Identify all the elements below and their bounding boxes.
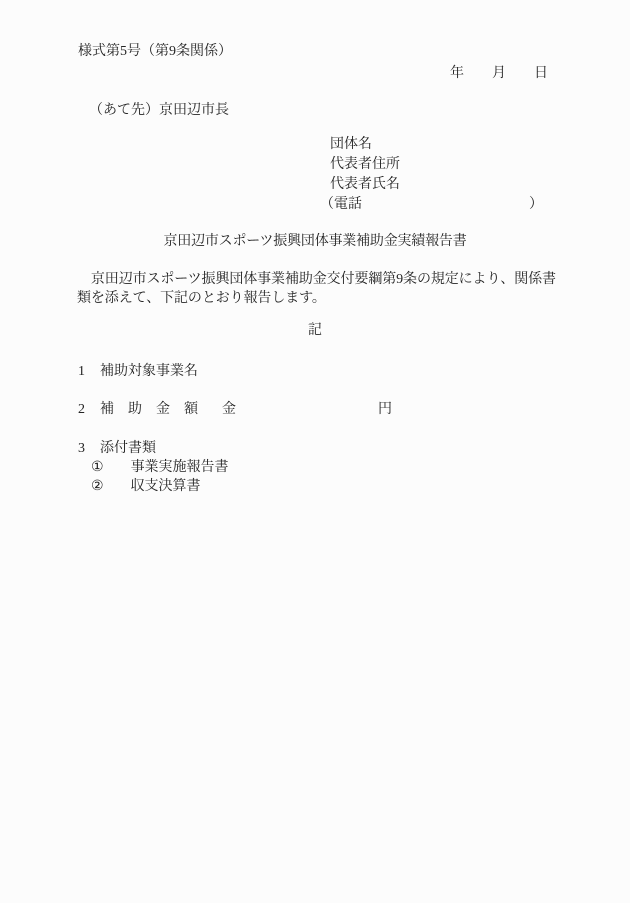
phone-label: （電話 xyxy=(320,197,362,212)
form-number: 様式第5号（第9条関係） xyxy=(78,43,232,60)
item-number: 1 xyxy=(78,363,100,380)
attachment-balance-statement: ②収支決算書 xyxy=(91,478,201,495)
document-page: 様式第5号（第9条関係） 年 月 日 （あて先）京田辺市長 団体名 代表者住所 … xyxy=(0,0,630,903)
item-attached-documents: 3添付書類 xyxy=(78,440,156,457)
amount-prefix: 金 xyxy=(222,402,236,417)
item-label: 添付書類 xyxy=(100,441,156,456)
item-number: 2 xyxy=(78,401,100,418)
item-number: 3 xyxy=(78,440,100,457)
attachment-label: 収支決算書 xyxy=(131,479,201,494)
item-subsidy-amount: 2補 助 金 額金円 xyxy=(78,401,392,418)
attachment-project-report: ①事業実施報告書 xyxy=(91,459,229,476)
item-subsidy-project-name: 1補助対象事業名 xyxy=(78,363,198,380)
date-line: 年 月 日 xyxy=(450,65,548,82)
attachment-marker: ② xyxy=(91,479,104,494)
phone-close-paren: ） xyxy=(529,197,543,212)
item-label: 補 助 金 額 xyxy=(100,402,198,417)
rep-address-label: 代表者住所 xyxy=(330,155,543,175)
amount-unit: 円 xyxy=(378,402,392,417)
document-title: 京田辺市スポーツ振興団体事業補助金実績報告書 xyxy=(0,233,630,250)
phone-line: （電話） xyxy=(320,195,543,215)
item-label: 補助対象事業名 xyxy=(100,364,198,379)
applicant-block: 団体名 代表者住所 代表者氏名 （電話） xyxy=(330,135,543,215)
org-name-label: 団体名 xyxy=(330,135,543,155)
body-paragraph: 京田辺市スポーツ振興団体事業補助金交付要綱第9条の規定により、関係書 類を添えて… xyxy=(77,270,569,308)
rep-name-label: 代表者氏名 xyxy=(330,175,543,195)
addressee-line: （あて先）京田辺市長 xyxy=(89,102,229,119)
attachment-marker: ① xyxy=(91,460,104,475)
record-marker: 記 xyxy=(0,322,630,339)
attachment-label: 事業実施報告書 xyxy=(131,460,229,475)
